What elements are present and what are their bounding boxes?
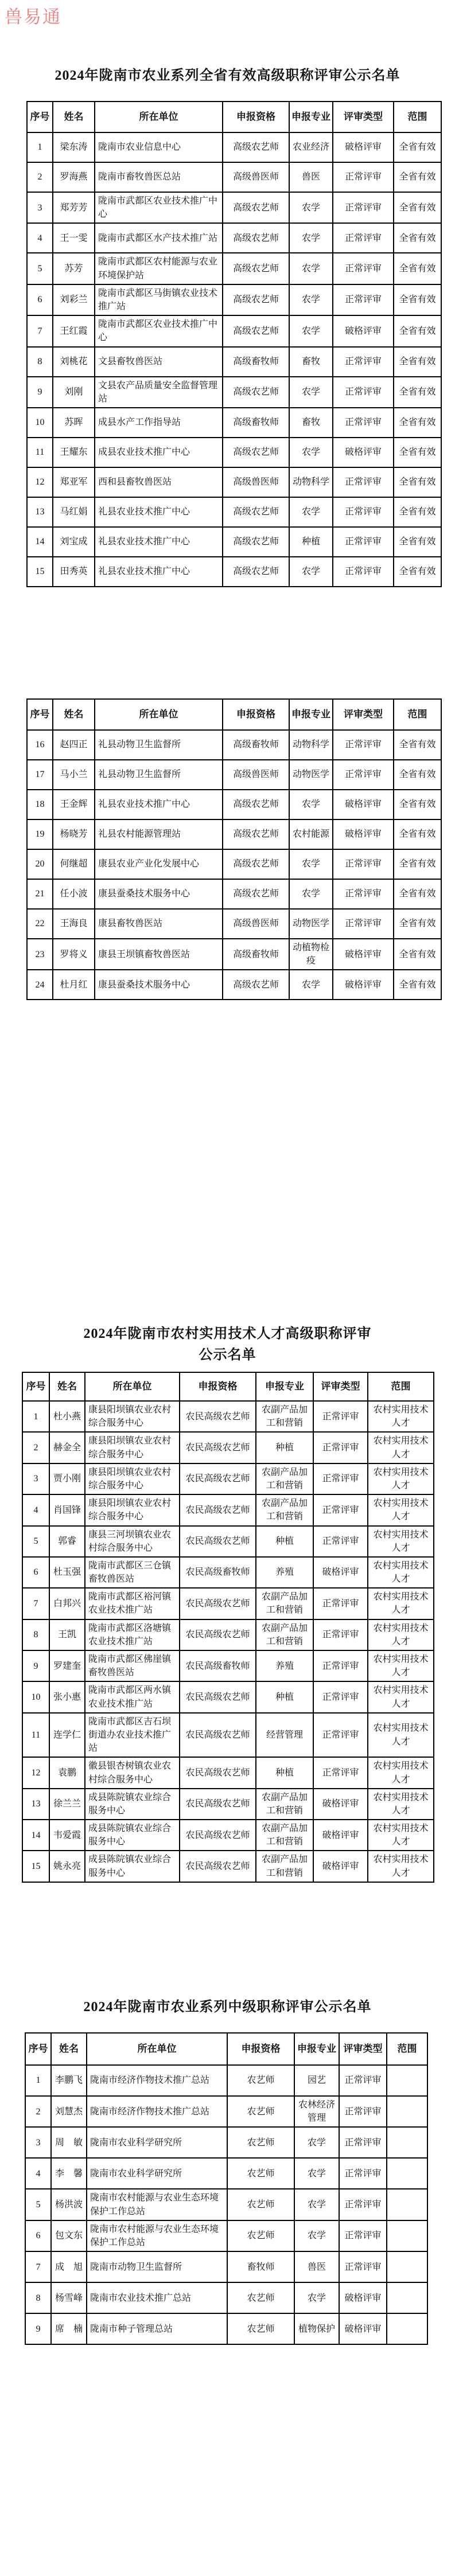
table-cell: 农民高级畜牧师 (180, 1650, 256, 1681)
senior-title-table-part2: 序号姓名所在单位申报资格申报专业评审类型范围 16赵四正礼县动物卫生监督所高级畜… (26, 698, 442, 1000)
table-cell: 刘彩兰 (53, 284, 95, 315)
table-cell: 礼县农村能源管理站 (95, 819, 223, 849)
column-header: 所在单位 (95, 102, 223, 132)
column-header: 申报资格 (227, 2033, 294, 2065)
table-cell: 杜月红 (53, 970, 95, 1000)
table-cell: 动物医学 (289, 760, 333, 790)
table-cell: 2 (22, 1432, 49, 1463)
table-cell: 苏芳 (53, 253, 95, 284)
rural-practical-talent-table: 序号姓名所在单位申报资格申报专业评审类型范围 1杜小燕康县阳坝镇农业农村综合服务… (22, 1372, 434, 1883)
table-cell: 农民高级农艺师 (180, 1619, 256, 1650)
table-cell: 全省有效 (394, 730, 441, 760)
table-cell: 康县王坝镇畜牧兽医站 (95, 939, 223, 970)
table-cell: 畜牧 (289, 347, 333, 377)
table-cell: 畜牧 (289, 408, 333, 438)
table-cell: 张小惠 (49, 1681, 85, 1712)
table-row: 18王金辉礼县农业技术推广中心高级农艺师农学破格评审全省有效 (27, 790, 441, 819)
table-cell: 罗将义 (53, 939, 95, 970)
table-cell: 成县农业技术推广中心 (95, 438, 223, 467)
table-cell: 农副产品加工和营销 (256, 1619, 313, 1650)
table-cell: 高级兽医师 (223, 162, 289, 192)
table-cell: 农民高级农艺师 (180, 1757, 256, 1788)
table-cell: 17 (27, 760, 53, 790)
table-cell: 正常评审 (333, 253, 394, 284)
table-cell: 陇南市武都区农业技术推广中心 (95, 315, 223, 346)
table-cell: 15 (22, 1851, 49, 1882)
table-cell: 康县阳坝镇农业农村综合服务中心 (85, 1463, 180, 1494)
table-row: 7白邦兴陇南市武都区裕河镇农业技术推广站农民高级农艺师农副产品加工和营销正常评审… (22, 1588, 434, 1619)
table-cell: 动物科学 (289, 730, 333, 760)
table-cell: 全省有效 (394, 408, 441, 438)
table-cell: 成县陈院镇农业综合服务中心 (85, 1789, 180, 1820)
table-cell: 14 (22, 1820, 49, 1851)
table-cell: 种植 (256, 1757, 313, 1788)
table-cell: 农学 (289, 377, 333, 408)
table-cell: 刘慧杰 (51, 2096, 87, 2127)
table-cell: 全省有效 (394, 347, 441, 377)
table-cell: 全省有效 (394, 819, 441, 849)
table-cell: 8 (22, 1619, 49, 1650)
table-cell: 正常评审 (333, 497, 394, 527)
table-row: 11连学仁陇南市武都区吉石坝街道办农业技术推广站农民高级农艺师经营管理正常评审农… (22, 1713, 434, 1758)
table-cell: 5 (22, 1526, 49, 1557)
table-cell: 正常评审 (313, 1713, 368, 1758)
table-cell: 陇南市经济作物技术推广总站 (87, 2096, 227, 2127)
table-row: 6包文东陇南市农村能源与农业生态环境保护工作总站农艺师农学正常评审 (25, 2220, 427, 2251)
table-cell: 2 (27, 162, 53, 192)
table-row: 13徐兰兰成县陈院镇农业综合服务中心农民高级农艺师农副产品加工和营销破格评审农村… (22, 1789, 434, 1820)
table-cell: 养殖 (256, 1557, 313, 1588)
table-cell: 高级兽医师 (223, 909, 289, 939)
table-cell: 正常评审 (333, 879, 394, 909)
table-cell: 全省有效 (394, 223, 441, 253)
table-cell: 正常评审 (313, 1463, 368, 1494)
table-cell: 赫金全 (49, 1432, 85, 1463)
table-row: 6刘彩兰陇南市武都区马街镇农业技术推广站高级农艺师农学正常评审全省有效 (27, 284, 441, 315)
table-cell (387, 2065, 427, 2096)
table-cell: 5 (25, 2189, 51, 2220)
table-cell: 徐兰兰 (49, 1789, 85, 1820)
table-cell: 农村实用技术人才 (368, 1820, 434, 1851)
table-cell: 全省有效 (394, 377, 441, 408)
table-row: 3周 敏陇南市农业科学研究所农艺师农学正常评审 (25, 2127, 427, 2158)
table-cell: 农村实用技术人才 (368, 1526, 434, 1557)
page-title: 2024年陇南市农业系列全省有效高级职称评审公示名单 (0, 65, 455, 87)
column-header: 序号 (27, 699, 53, 730)
table-cell: 农学 (289, 497, 333, 527)
header-row: 序号姓名所在单位申报资格申报专业评审类型范围 (22, 1372, 434, 1401)
table-cell: 种植 (289, 527, 333, 557)
table-cell: 全省有效 (394, 315, 441, 346)
table-cell: 畜牧师 (227, 2251, 294, 2282)
table-cell: 白邦兴 (49, 1588, 85, 1619)
table-cell: 全省有效 (394, 909, 441, 939)
column-header: 范围 (394, 102, 441, 132)
table-cell: 康县阳坝镇农业农村综合服务中心 (85, 1432, 180, 1463)
table-cell: 种植 (256, 1432, 313, 1463)
table-cell: 破格评审 (313, 1851, 368, 1882)
table-cell: 正常评审 (339, 2127, 387, 2158)
table-cell: 1 (22, 1401, 49, 1432)
table-cell: 20 (27, 849, 53, 879)
table-cell: 农副产品加工和营销 (256, 1463, 313, 1494)
table-cell: 破格评审 (313, 1789, 368, 1820)
table-cell: 肖国锋 (49, 1494, 85, 1525)
table-cell: 破格评审 (333, 132, 394, 162)
table-cell: 农民高级农艺师 (180, 1681, 256, 1712)
table-body: 1杜小燕康县阳坝镇农业农村综合服务中心农民高级农艺师农副产品加工和营销正常评审农… (22, 1401, 434, 1882)
column-header: 申报专业 (294, 2033, 339, 2065)
column-header: 范围 (387, 2033, 427, 2065)
table-cell: 郑亚军 (53, 467, 95, 497)
table-cell: 陇南市武都区裕河镇农业技术推广站 (85, 1588, 180, 1619)
table-cell: 农民高级农艺师 (180, 1713, 256, 1758)
table-header: 序号姓名所在单位申报资格申报专业评审类型范围 (27, 699, 441, 730)
table-cell: 7 (25, 2251, 51, 2282)
table-cell: 农副产品加工和营销 (256, 1820, 313, 1851)
table-cell (387, 2158, 427, 2189)
table-cell: 全省有效 (394, 879, 441, 909)
table-cell: 高级兽医师 (223, 467, 289, 497)
table-cell: 农民高级农艺师 (180, 1588, 256, 1619)
table-cell: 农副产品加工和营销 (256, 1401, 313, 1432)
table-cell: 农艺师 (227, 2189, 294, 2220)
table-cell: 全省有效 (394, 253, 441, 284)
table-cell: 农学 (294, 2282, 339, 2313)
table-cell: 陇南市武都区洛塘镇农业技术推广站 (85, 1619, 180, 1650)
table-row: 1杜小燕康县阳坝镇农业农村综合服务中心农民高级农艺师农副产品加工和营销正常评审农… (22, 1401, 434, 1432)
column-header: 评审类型 (333, 699, 394, 730)
table-cell: 农村实用技术人才 (368, 1851, 434, 1882)
table-cell: 农副产品加工和营销 (256, 1789, 313, 1820)
table-cell: 礼县动物卫生监督所 (95, 730, 223, 760)
table-cell: 郑芳芳 (53, 192, 95, 223)
table-cell: 养殖 (256, 1650, 313, 1681)
table-cell: 西和县畜牧兽医站 (95, 467, 223, 497)
table-cell: 全省有效 (394, 527, 441, 557)
table-cell: 全省有效 (394, 497, 441, 527)
table-cell: 陇南市武都区水产技术推广站 (95, 223, 223, 253)
table-row: 13马红娟礼县农业技术推广中心高级农艺师农学正常评审全省有效 (27, 497, 441, 527)
table-cell: 破格评审 (333, 970, 394, 1000)
table-cell: 农业经济 (289, 132, 333, 162)
table-row: 12郑亚军西和县畜牧兽医站高级兽医师动物科学正常评审全省有效 (27, 467, 441, 497)
table-cell: 正常评审 (339, 2220, 387, 2251)
table-cell: 7 (27, 315, 53, 346)
table-row: 21任小波康县蚕桑技术服务中心高级农艺师农学正常评审全省有效 (27, 879, 441, 909)
table-cell: 1 (27, 132, 53, 162)
table-cell (387, 2313, 427, 2344)
table-cell: 康县三河坝镇农业农村综合服务中心 (85, 1526, 180, 1557)
table-cell: 陇南市经济作物技术推广总站 (87, 2065, 227, 2096)
table-cell: 高级畜牧师 (223, 408, 289, 438)
table-row: 1梁东涛陇南市农业信息中心高级农艺师农业经济破格评审全省有效 (27, 132, 441, 162)
table-cell: 徽县银杏树镇农业农村综合服务中心 (85, 1757, 180, 1788)
table-cell: 高级农艺师 (223, 497, 289, 527)
table-cell: 农学 (289, 315, 333, 346)
table-cell: 农村实用技术人才 (368, 1713, 434, 1758)
table-row: 20何继超康县农业产业化发展中心高级农艺师农学正常评审全省有效 (27, 849, 441, 879)
title-line-1: 2024年陇南市农村实用技术人才高级职称评审 (84, 1326, 372, 1341)
table-cell: 农学 (289, 970, 333, 1000)
table-header: 序号姓名所在单位申报资格申报专业评审类型范围 (22, 1372, 434, 1401)
table-cell: 14 (27, 527, 53, 557)
table-cell: 高级农艺师 (223, 377, 289, 408)
table-cell: 农学 (289, 253, 333, 284)
table-cell: 陇南市农村能源与农业生态环境保护工作总站 (87, 2220, 227, 2251)
table-cell: 成县水产工作指导站 (95, 408, 223, 438)
table-row: 4李 馨陇南市农业科学研究所农艺师农学正常评审 (25, 2158, 427, 2189)
table-cell: 农民高级农艺师 (180, 1526, 256, 1557)
table-cell: 农民高级农艺师 (180, 1851, 256, 1882)
table-cell: 全省有效 (394, 970, 441, 1000)
table-cell: 礼县农业技术推广中心 (95, 527, 223, 557)
table-cell: 杨雪峰 (51, 2282, 87, 2313)
column-header: 所在单位 (87, 2033, 227, 2065)
table-cell: 高级农艺师 (223, 527, 289, 557)
table-cell: 李 馨 (51, 2158, 87, 2189)
table-cell: 8 (25, 2282, 51, 2313)
table-cell: 农艺师 (227, 2220, 294, 2251)
column-header: 序号 (25, 2033, 51, 2065)
table-cell: 高级农艺师 (223, 284, 289, 315)
table-cell: 破格评审 (313, 1820, 368, 1851)
table-cell: 农学 (294, 2127, 339, 2158)
title-line-2: 公示名单 (199, 1348, 256, 1363)
table-cell: 18 (27, 790, 53, 819)
table-row: 5苏芳陇南市武都区农村能源与农业环境保护站高级农艺师农学正常评审全省有效 (27, 253, 441, 284)
table-cell: 正常评审 (333, 192, 394, 223)
table-cell: 全省有效 (394, 467, 441, 497)
column-header: 评审类型 (313, 1372, 368, 1401)
table-cell: 正常评审 (333, 557, 394, 587)
table-cell: 农民高级农艺师 (180, 1789, 256, 1820)
table-cell: 陇南市武都区马街镇农业技术推广站 (95, 284, 223, 315)
table-cell: 全省有效 (394, 790, 441, 819)
table-cell: 苏晖 (53, 408, 95, 438)
table-cell: 全省有效 (394, 192, 441, 223)
table-cell: 康县蚕桑技术服务中心 (95, 879, 223, 909)
table-cell: 正常评审 (339, 2158, 387, 2189)
table-cell: 全省有效 (394, 849, 441, 879)
page-title: 2024年陇南市农业系列中级职称评审公示名单 (0, 1997, 455, 2018)
table-cell: 陇南市武都区农村能源与农业环境保护站 (95, 253, 223, 284)
document-page: 兽易通 2024年陇南市农业系列全省有效高级职称评审公示名单 序号姓名所在单位申… (0, 0, 455, 2576)
table-cell: 何继超 (53, 849, 95, 879)
table-cell: 成 旭 (51, 2251, 87, 2282)
table-cell: 陇南市农业科学研究所 (87, 2158, 227, 2189)
page-title: 2024年陇南市农村实用技术人才高级职称评审公示名单 (0, 1324, 455, 1366)
table-row: 3贾小刚康县阳坝镇农业农村综合服务中心农民高级农艺师农副产品加工和营销正常评审农… (22, 1463, 434, 1494)
table-cell: 22 (27, 909, 53, 939)
column-header: 申报资格 (223, 102, 289, 132)
table-cell: 15 (27, 557, 53, 587)
table-cell: 正常评审 (313, 1526, 368, 1557)
table-cell: 正常评审 (313, 1650, 368, 1681)
table-cell: 高级农艺师 (223, 132, 289, 162)
table-cell: 12 (22, 1757, 49, 1788)
table-row: 9刘刚文县农产品质量安全监督管理站高级农艺师农学正常评审全省有效 (27, 377, 441, 408)
table-cell: 赵四正 (53, 730, 95, 760)
table-cell: 高级农艺师 (223, 315, 289, 346)
table-cell (387, 2096, 427, 2127)
table-cell: 正常评审 (339, 2096, 387, 2127)
table-cell: 24 (27, 970, 53, 1000)
table-cell: 田秀英 (53, 557, 95, 587)
table-cell: 刘桃花 (53, 347, 95, 377)
table-row: 2罗海燕陇南市畜牧兽医总站高级兽医师兽医正常评审全省有效 (27, 162, 441, 192)
header-row: 序号姓名所在单位申报资格申报专业评审类型范围 (27, 102, 441, 132)
table-cell: 王凯 (49, 1619, 85, 1650)
table-cell: 农学 (294, 2220, 339, 2251)
table-cell: 农村实用技术人才 (368, 1557, 434, 1588)
table-cell: 农民高级畜牧师 (180, 1557, 256, 1588)
table-cell: 高级农艺师 (223, 253, 289, 284)
table-row: 12袁鹏徽县银杏树镇农业农村综合服务中心农民高级农艺师种植正常评审农村实用技术人… (22, 1757, 434, 1788)
table-cell: 马红娟 (53, 497, 95, 527)
table-cell: 正常评审 (313, 1681, 368, 1712)
table-cell: 农学 (289, 879, 333, 909)
table-cell: 4 (22, 1494, 49, 1525)
table-cell: 6 (27, 284, 53, 315)
table-row: 23罗将义康县王坝镇畜牧兽医站高级畜牧师动植物检疫破格评审全省有效 (27, 939, 441, 970)
table-cell: 全省有效 (394, 939, 441, 970)
table-cell: 破格评审 (339, 2313, 387, 2344)
table-cell: 10 (22, 1681, 49, 1712)
table-cell: 正常评审 (333, 467, 394, 497)
table-cell: 农艺师 (227, 2158, 294, 2189)
column-header: 申报资格 (180, 1372, 256, 1401)
table-row: 24杜月红康县蚕桑技术服务中心高级农艺师农学破格评审全省有效 (27, 970, 441, 1000)
table-cell: 农村实用技术人才 (368, 1588, 434, 1619)
table-cell: 农村实用技术人才 (368, 1789, 434, 1820)
table-cell: 高级农艺师 (223, 223, 289, 253)
table-cell: 罗建奎 (49, 1650, 85, 1681)
table-cell: 全省有效 (394, 760, 441, 790)
table-cell: 正常评审 (313, 1432, 368, 1463)
table-cell: 正常评审 (333, 527, 394, 557)
table-cell: 王红霞 (53, 315, 95, 346)
table-cell: 9 (22, 1650, 49, 1681)
table-cell: 高级农艺师 (223, 849, 289, 879)
table-cell: 杨洪波 (51, 2189, 87, 2220)
table-cell: 郭睿 (49, 1526, 85, 1557)
table-cell: 任小波 (53, 879, 95, 909)
table-cell: 23 (27, 939, 53, 970)
table-cell: 王海良 (53, 909, 95, 939)
table-cell: 罗海燕 (53, 162, 95, 192)
table-cell: 高级农艺师 (223, 438, 289, 467)
table-cell: 破格评审 (333, 315, 394, 346)
table-cell: 正常评审 (339, 2251, 387, 2282)
table-row: 16赵四正礼县动物卫生监督所高级畜牧师动物科学正常评审全省有效 (27, 730, 441, 760)
table-row: 4肖国锋康县阳坝镇农业农村综合服务中心农民高级农艺师农副产品加工和营销正常评审农… (22, 1494, 434, 1525)
table-cell: 8 (27, 347, 53, 377)
table-row: 5杨洪波陇南市农村能源与农业生态环境保护工作总站农艺师农学正常评审 (25, 2189, 427, 2220)
column-header: 序号 (22, 1372, 49, 1401)
table-cell: 经营管理 (256, 1713, 313, 1758)
table-cell (387, 2220, 427, 2251)
table-header: 序号姓名所在单位申报资格申报专业评审类型范围 (27, 102, 441, 132)
table-header: 序号姓名所在单位申报资格申报专业评审类型范围 (25, 2033, 427, 2065)
table-cell: 正常评审 (333, 284, 394, 315)
table-cell: 周 敏 (51, 2127, 87, 2158)
table-cell: 礼县农业技术推广中心 (95, 497, 223, 527)
intermediate-title-table: 序号姓名所在单位申报资格申报专业评审类型范围 1李鹏飞陇南市经济作物技术推广总站… (25, 2032, 428, 2345)
table-cell: 高级农艺师 (223, 970, 289, 1000)
table-cell: 农村实用技术人才 (368, 1681, 434, 1712)
table-cell: 高级农艺师 (223, 819, 289, 849)
table-cell: 11 (22, 1713, 49, 1758)
table-cell: 陇南市农业科学研究所 (87, 2127, 227, 2158)
table-cell: 7 (22, 1588, 49, 1619)
table-cell: 礼县农业技术推广中心 (95, 790, 223, 819)
table-cell: 农村能源 (289, 819, 333, 849)
table-cell: 正常评审 (333, 730, 394, 760)
table-row: 11王耀东成县农业技术推广中心高级农艺师农学破格评审全省有效 (27, 438, 441, 467)
table-row: 3郑芳芳陇南市武都区农业技术推广中心高级农艺师农学正常评审全省有效 (27, 192, 441, 223)
table-cell: 动物科学 (289, 467, 333, 497)
table-cell: 陇南市武都区吉石坝街道办农业技术推广站 (85, 1713, 180, 1758)
header-row: 序号姓名所在单位申报资格申报专业评审类型范围 (27, 699, 441, 730)
table-cell: 文县农产品质量安全监督管理站 (95, 377, 223, 408)
table-cell (387, 2251, 427, 2282)
table-cell: 6 (22, 1557, 49, 1588)
table-cell: 9 (27, 377, 53, 408)
table-cell: 韦爱霞 (49, 1820, 85, 1851)
table-cell: 正常评审 (313, 1494, 368, 1525)
table-cell: 正常评审 (313, 1588, 368, 1619)
column-header: 申报专业 (289, 102, 333, 132)
column-header: 范围 (394, 699, 441, 730)
table-cell: 1 (25, 2065, 51, 2096)
table-cell: 农村实用技术人才 (368, 1432, 434, 1463)
table-cell: 正常评审 (313, 1757, 368, 1788)
column-header: 评审类型 (333, 102, 394, 132)
table-cell: 农学 (294, 2189, 339, 2220)
table-cell: 高级农艺师 (223, 879, 289, 909)
table-cell: 袁鹏 (49, 1757, 85, 1788)
table-cell: 高级兽医师 (223, 760, 289, 790)
table-cell: 正常评审 (333, 223, 394, 253)
table-row: 10苏晖成县水产工作指导站高级畜牧师畜牧正常评审全省有效 (27, 408, 441, 438)
table-cell: 正常评审 (313, 1619, 368, 1650)
table-cell: 破格评审 (339, 2282, 387, 2313)
table-cell: 农民高级农艺师 (180, 1432, 256, 1463)
table-row: 7王红霞陇南市武都区农业技术推广中心高级农艺师农学破格评审全省有效 (27, 315, 441, 346)
table-cell: 3 (25, 2127, 51, 2158)
table-cell: 13 (22, 1789, 49, 1820)
table-row: 14韦爱霞成县陈院镇农业综合服务中心农民高级农艺师农副产品加工和营销破格评审农村… (22, 1820, 434, 1851)
table-cell: 农村实用技术人才 (368, 1401, 434, 1432)
table-cell: 13 (27, 497, 53, 527)
column-header: 评审类型 (339, 2033, 387, 2065)
table-row: 2刘慧杰陇南市经济作物技术推广总站农艺师农林经济管理正常评审 (25, 2096, 427, 2127)
table-cell: 陇南市农业技术推广总站 (87, 2282, 227, 2313)
table-cell: 9 (25, 2313, 51, 2344)
table-cell: 刘宝成 (53, 527, 95, 557)
table-cell: 农副产品加工和营销 (256, 1851, 313, 1882)
table-cell: 农民高级农艺师 (180, 1463, 256, 1494)
table-cell: 全省有效 (394, 132, 441, 162)
table-cell: 农民高级农艺师 (180, 1494, 256, 1525)
table-row: 1李鹏飞陇南市经济作物技术推广总站农艺师园艺正常评审 (25, 2065, 427, 2096)
table-cell: 正常评审 (333, 760, 394, 790)
column-header: 姓名 (53, 699, 95, 730)
column-header: 所在单位 (85, 1372, 180, 1401)
table-cell: 21 (27, 879, 53, 909)
table-cell: 正常评审 (333, 377, 394, 408)
